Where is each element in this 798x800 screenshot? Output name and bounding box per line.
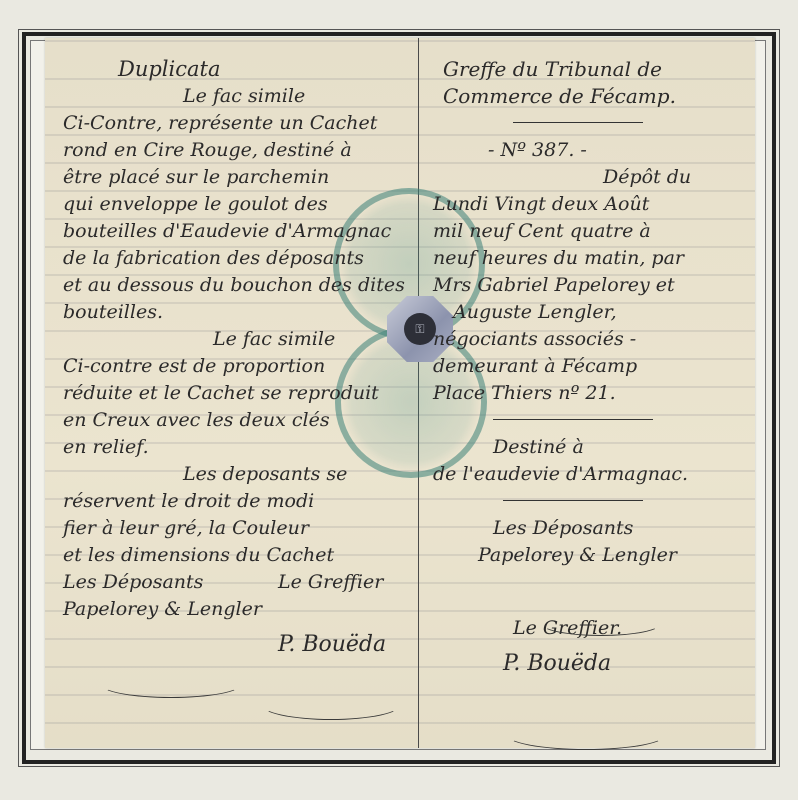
depositors-flourish-right xyxy=(540,610,662,636)
mount-board: ⚿ Duplicata Le fac simile Ci-Contre, rep… xyxy=(0,0,798,800)
header-rule xyxy=(513,122,643,123)
left-line: et au dessous du bouchon des dites xyxy=(63,272,408,299)
depositors-label: Les Déposants xyxy=(63,571,203,593)
registry-header: Greffe du Tribunal de xyxy=(433,56,743,83)
deposit-line: Place Thiers nº 21. xyxy=(433,380,743,407)
left-line: Les deposants se xyxy=(63,461,408,488)
left-line: fier à leur gré, la Couleur xyxy=(63,515,408,542)
clerk-flourish-right xyxy=(505,718,667,750)
deposit-line: neuf heures du matin, par xyxy=(433,245,743,272)
depositors-signature: Papelorey & Lengler xyxy=(63,596,408,623)
clerk-flourish xyxy=(260,688,402,720)
left-line: réservent le droit de modi xyxy=(63,488,408,515)
depositors-signature-right: Papelorey & Lengler xyxy=(433,542,743,569)
document-paper: ⚿ Duplicata Le fac simile Ci-Contre, rep… xyxy=(45,38,755,748)
registry-header: Commerce de Fécamp. xyxy=(433,83,743,110)
deposit-line: Lundi Vingt deux Août xyxy=(433,191,743,218)
signature-labels-row: Les Déposants Le Greffier xyxy=(63,569,408,596)
left-column: Duplicata Le fac simile Ci-Contre, repré… xyxy=(63,56,408,658)
left-line: Le fac simile xyxy=(63,83,408,110)
clerk-signature-right: P. Bouëda xyxy=(433,650,743,677)
left-line: Ci-contre est de proportion xyxy=(63,353,408,380)
deposit-line: Mrs Gabriel Papelorey et xyxy=(433,272,743,299)
signature-rule xyxy=(503,500,643,501)
left-line: Ci-Contre, représente un Cachet xyxy=(63,110,408,137)
left-line: Le fac simile xyxy=(63,326,408,353)
left-line: qui enveloppe le goulot des xyxy=(63,191,408,218)
left-line: en relief. xyxy=(63,434,408,461)
left-line: rond en Cire Rouge, destiné à xyxy=(63,137,408,164)
left-line: réduite et le Cachet se reproduit xyxy=(63,380,408,407)
deposit-line: demeurant à Fécamp xyxy=(433,353,743,380)
left-line: bouteilles d'Eaudevie d'Armagnac xyxy=(63,218,408,245)
seal-keys-icon: ⚿ xyxy=(404,313,436,345)
depositors-flourish xyxy=(100,670,242,698)
deposit-line: négociants associés - xyxy=(433,326,743,353)
deposit-line: Auguste Lengler, xyxy=(433,299,743,326)
depositors-label-right: Les Déposants xyxy=(433,515,743,542)
left-line: être placé sur le parchemin xyxy=(63,164,408,191)
duplicata-title: Duplicata xyxy=(63,56,408,83)
clerk-label: Le Greffier xyxy=(278,569,383,596)
clerk-signature: P. Bouëda xyxy=(63,631,408,658)
deposit-line: mil neuf Cent quatre à xyxy=(433,218,743,245)
left-line: de la fabrication des déposants xyxy=(63,245,408,272)
destination-rule xyxy=(493,419,653,420)
right-column: Greffe du Tribunal de Commerce de Fécamp… xyxy=(433,56,743,677)
deposit-number: - Nº 387. - xyxy=(433,137,743,164)
deposit-line: Dépôt du xyxy=(433,164,743,191)
destination-line: Destiné à xyxy=(433,434,743,461)
left-line: et les dimensions du Cachet xyxy=(63,542,408,569)
spacer xyxy=(433,569,743,615)
left-line: bouteilles. xyxy=(63,299,408,326)
left-line: en Creux avec les deux clés xyxy=(63,407,408,434)
destination-line: de l'eaudevie d'Armagnac. xyxy=(433,461,743,488)
